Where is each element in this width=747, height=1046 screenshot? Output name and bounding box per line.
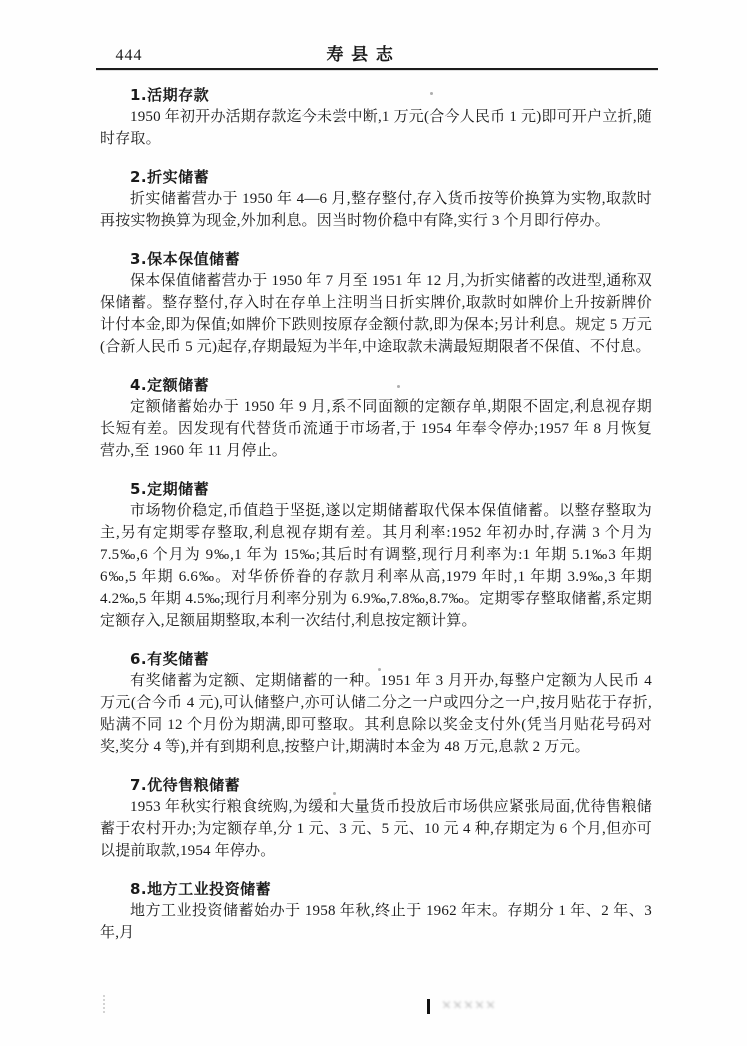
page-header: 444 寿县志 (94, 0, 654, 67)
section-fixed-amount-savings: 4.定额储蓄 定额储蓄始办于 1950 年 9 月,系不同面额的定额存单,期限不… (100, 374, 652, 462)
section-fixed-term-savings: 5.定期储蓄 市场物价稳定,币值趋于坚挺,遂以定期储蓄取代保本保值储蓄。以整存整… (100, 478, 652, 632)
section-local-industry-investment-savings: 8.地方工业投资储蓄 地方工业投资储蓄始办于 1958 年秋,终止于 1962 … (100, 878, 652, 944)
scan-artifact-bar (427, 999, 430, 1014)
section-body: 折实储蓄营办于 1950 年 4—6 月,整存整付,存入货币按等价换算为实物,取… (100, 188, 652, 232)
scan-artifact-smudge (443, 1000, 538, 1012)
scan-speck (333, 792, 336, 795)
section-commodity-indexed-savings: 2.折实储蓄 折实储蓄营办于 1950 年 4—6 月,整存整付,存入货币按等价… (100, 166, 652, 232)
section-heading: 8.地方工业投资储蓄 (100, 878, 652, 900)
section-heading: 3.保本保值储蓄 (100, 248, 652, 270)
scanned-book-page: 444 寿县志 1.活期存款 1950 年初开办活期存款迄今未尝中断,1 万元(… (0, 0, 747, 1046)
section-heading: 2.折实储蓄 (100, 166, 652, 188)
section-heading: 1.活期存款 (100, 84, 652, 106)
scan-artifact-dots (103, 995, 105, 1013)
section-heading: 5.定期储蓄 (100, 478, 652, 500)
section-heading: 7.优待售粮储蓄 (100, 774, 652, 796)
page-content: 1.活期存款 1950 年初开办活期存款迄今未尝中断,1 万元(合今人民币 1 … (100, 84, 652, 944)
scan-speck (378, 668, 381, 671)
book-title: 寿县志 (327, 45, 401, 65)
section-body: 有奖储蓄为定额、定期储蓄的一种。1951 年 3 月开办,每整户定额为人民币 4… (100, 670, 652, 758)
section-principal-value-guaranteed-savings: 3.保本保值储蓄 保本保值储蓄营办于 1950 年 7 月至 1951 年 12… (100, 248, 652, 358)
section-current-deposits: 1.活期存款 1950 年初开办活期存款迄今未尝中断,1 万元(合今人民币 1 … (100, 84, 652, 150)
scan-speck (430, 92, 433, 95)
section-prize-savings: 6.有奖储蓄 有奖储蓄为定额、定期储蓄的一种。1951 年 3 月开办,每整户定… (100, 648, 652, 758)
section-body: 市场物价稳定,币值趋于坚挺,遂以定期储蓄取代保本保值储蓄。以整存整取为主,另有定… (100, 500, 652, 632)
section-body: 定额储蓄始办于 1950 年 9 月,系不同面额的定额存单,期限不固定,利息视存… (100, 396, 652, 462)
section-body: 保本保值储蓄营办于 1950 年 7 月至 1951 年 12 月,为折实储蓄的… (100, 270, 652, 358)
section-body: 1953 年秋实行粮食统购,为缓和大量货币投放后市场供应紧张局面,优待售粮储蓄于… (100, 796, 652, 862)
page-number: 444 (116, 47, 143, 65)
section-preferential-grain-sale-savings: 7.优待售粮储蓄 1953 年秋实行粮食统购,为缓和大量货币投放后市场供应紧张局… (100, 774, 652, 862)
section-body: 1950 年初开办活期存款迄今未尝中断,1 万元(合今人民币 1 元)即可开户立… (100, 106, 652, 150)
scan-speck (397, 385, 400, 388)
section-heading: 6.有奖储蓄 (100, 648, 652, 670)
header-rule (96, 68, 658, 70)
section-heading: 4.定额储蓄 (100, 374, 652, 396)
section-body: 地方工业投资储蓄始办于 1958 年秋,终止于 1962 年末。存期分 1 年、… (100, 900, 652, 944)
